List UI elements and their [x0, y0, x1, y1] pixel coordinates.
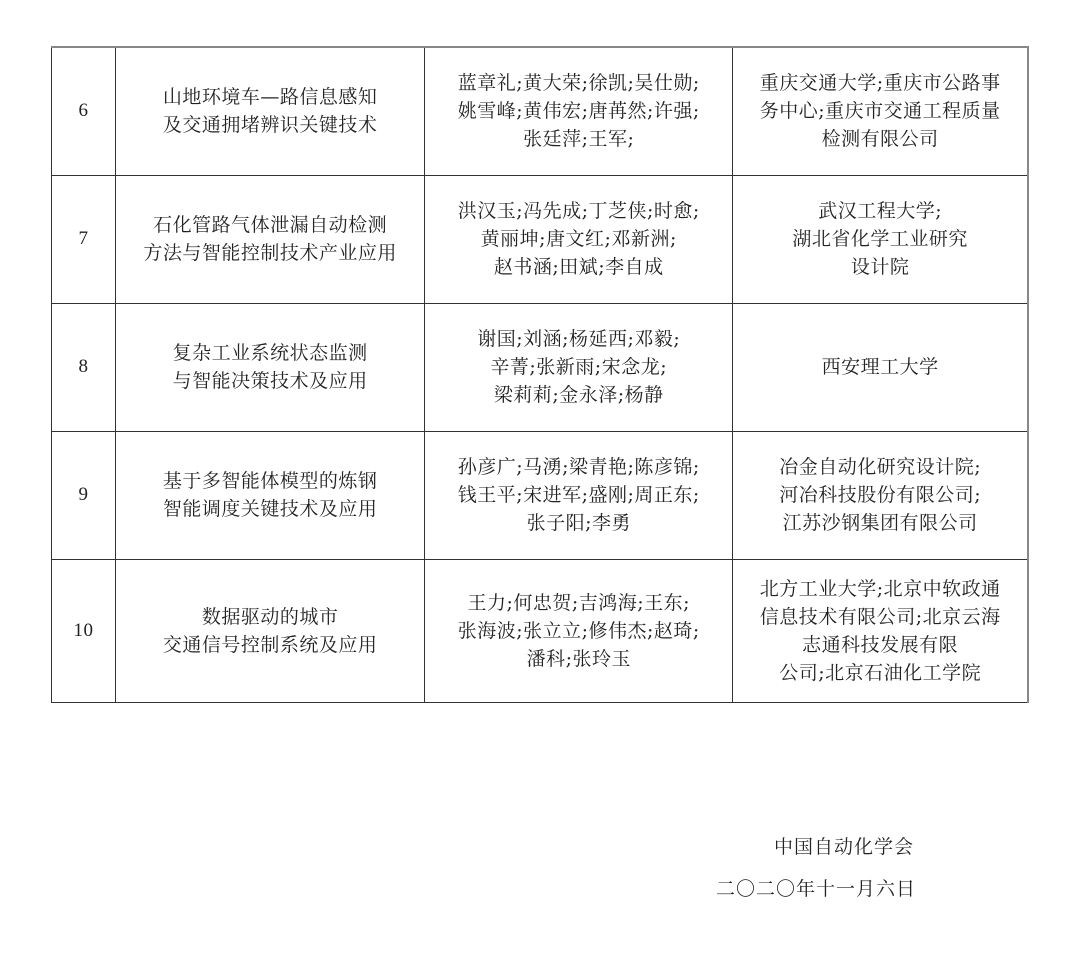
org-line: 武汉工程大学; — [739, 197, 1021, 225]
title-line: 与智能决策技术及应用 — [122, 367, 418, 395]
members-line: 谢国;刘涵;杨延西;邓毅; — [431, 325, 726, 353]
title-line: 数据驱动的城市 — [122, 603, 418, 631]
org-line: 志通科技发展有限 — [739, 631, 1021, 659]
issue-date: 二〇二〇年十一月六日 — [716, 868, 916, 910]
title-line: 方法与智能控制技术产业应用 — [122, 239, 418, 267]
members-line: 张廷萍;王军; — [431, 125, 726, 153]
table-row: 9 基于多智能体模型的炼钢 智能调度关键技术及应用 孙彦广;马湧;梁青艳;陈彦锦… — [52, 431, 1029, 559]
organizations: 武汉工程大学; 湖北省化学工业研究 设计院 — [733, 175, 1028, 303]
organizations: 北方工业大学;北京中软政通 信息技术有限公司;北京云海 志通科技发展有限 公司;… — [733, 559, 1028, 702]
title-line: 交通信号控制系统及应用 — [122, 631, 418, 659]
team-members: 孙彦广;马湧;梁青艳;陈彦锦; 钱王平;宋进军;盛刚;周正东; 张子阳;李勇 — [425, 431, 733, 559]
org-line: 西安理工大学 — [739, 353, 1021, 381]
table-row: 6 山地环境车—路信息感知 及交通拥堵辨识关键技术 蓝章礼;黄大荣;徐凯;吴仕勋… — [52, 47, 1029, 175]
members-line: 王力;何忠贺;吉鸿海;王东; — [431, 589, 726, 617]
org-line: 湖北省化学工业研究 — [739, 225, 1021, 253]
members-line: 孙彦广;马湧;梁青艳;陈彦锦; — [431, 453, 726, 481]
organizations: 西安理工大学 — [733, 303, 1028, 431]
org-line: 信息技术有限公司;北京云海 — [739, 603, 1021, 631]
project-title: 石化管路气体泄漏自动检测 方法与智能控制技术产业应用 — [116, 175, 425, 303]
organizations: 重庆交通大学;重庆市公路事 务中心;重庆市交通工程质量 检测有限公司 — [733, 47, 1028, 175]
title-line: 山地环境车—路信息感知 — [122, 83, 418, 111]
org-line: 江苏沙钢集团有限公司 — [739, 509, 1021, 537]
org-line: 冶金自动化研究设计院; — [739, 453, 1021, 481]
title-line: 基于多智能体模型的炼钢 — [122, 467, 418, 495]
table-row: 8 复杂工业系统状态监测 与智能决策技术及应用 谢国;刘涵;杨延西;邓毅; 辛菁… — [52, 303, 1029, 431]
team-members: 洪汉玉;冯先成;丁芝侠;时愈; 黄丽坤;唐文红;邓新洲; 赵书涵;田斌;李自成 — [425, 175, 733, 303]
members-line: 张海波;张立立;修伟杰;赵琦; — [431, 617, 726, 645]
row-number: 9 — [52, 431, 116, 559]
project-title: 山地环境车—路信息感知 及交通拥堵辨识关键技术 — [116, 47, 425, 175]
members-line: 赵书涵;田斌;李自成 — [431, 253, 726, 281]
members-line: 梁莉莉;金永泽;杨静 — [431, 381, 726, 409]
members-line: 洪汉玉;冯先成;丁芝侠;时愈; — [431, 197, 726, 225]
org-line: 设计院 — [739, 253, 1021, 281]
team-members: 谢国;刘涵;杨延西;邓毅; 辛菁;张新雨;宋念龙; 梁莉莉;金永泽;杨静 — [425, 303, 733, 431]
org-line: 检测有限公司 — [739, 125, 1021, 153]
issuing-organization: 中国自动化学会 — [716, 826, 914, 868]
members-line: 辛菁;张新雨;宋念龙; — [431, 353, 726, 381]
project-title: 数据驱动的城市 交通信号控制系统及应用 — [116, 559, 425, 702]
members-line: 潘科;张玲玉 — [431, 645, 726, 673]
members-line: 张子阳;李勇 — [431, 509, 726, 537]
org-line: 北方工业大学;北京中软政通 — [739, 575, 1021, 603]
row-number: 10 — [52, 559, 116, 702]
title-line: 石化管路气体泄漏自动检测 — [122, 211, 418, 239]
table-row: 7 石化管路气体泄漏自动检测 方法与智能控制技术产业应用 洪汉玉;冯先成;丁芝侠… — [52, 175, 1029, 303]
row-number: 6 — [52, 47, 116, 175]
row-number: 8 — [52, 303, 116, 431]
title-line: 复杂工业系统状态监测 — [122, 339, 418, 367]
org-line: 河冶科技股份有限公司; — [739, 481, 1021, 509]
members-line: 黄丽坤;唐文红;邓新洲; — [431, 225, 726, 253]
row-number: 7 — [52, 175, 116, 303]
team-members: 王力;何忠贺;吉鸿海;王东; 张海波;张立立;修伟杰;赵琦; 潘科;张玲玉 — [425, 559, 733, 702]
project-title: 基于多智能体模型的炼钢 智能调度关键技术及应用 — [116, 431, 425, 559]
org-line: 公司;北京石油化工学院 — [739, 659, 1021, 687]
org-line: 重庆交通大学;重庆市公路事 — [739, 69, 1021, 97]
members-line: 姚雪峰;黄伟宏;唐苒然;许强; — [431, 97, 726, 125]
members-line: 钱王平;宋进军;盛刚;周正东; — [431, 481, 726, 509]
title-line: 及交通拥堵辨识关键技术 — [122, 111, 418, 139]
team-members: 蓝章礼;黄大荣;徐凯;吴仕勋; 姚雪峰;黄伟宏;唐苒然;许强; 张廷萍;王军; — [425, 47, 733, 175]
signature-block: 中国自动化学会 二〇二〇年十一月六日 — [716, 826, 916, 910]
members-line: 蓝章礼;黄大荣;徐凯;吴仕勋; — [431, 69, 726, 97]
organizations: 冶金自动化研究设计院; 河冶科技股份有限公司; 江苏沙钢集团有限公司 — [733, 431, 1028, 559]
table-row: 10 数据驱动的城市 交通信号控制系统及应用 王力;何忠贺;吉鸿海;王东; 张海… — [52, 559, 1029, 702]
award-table: 6 山地环境车—路信息感知 及交通拥堵辨识关键技术 蓝章礼;黄大荣;徐凯;吴仕勋… — [51, 46, 1029, 703]
org-line: 务中心;重庆市交通工程质量 — [739, 97, 1021, 125]
title-line: 智能调度关键技术及应用 — [122, 495, 418, 523]
project-title: 复杂工业系统状态监测 与智能决策技术及应用 — [116, 303, 425, 431]
